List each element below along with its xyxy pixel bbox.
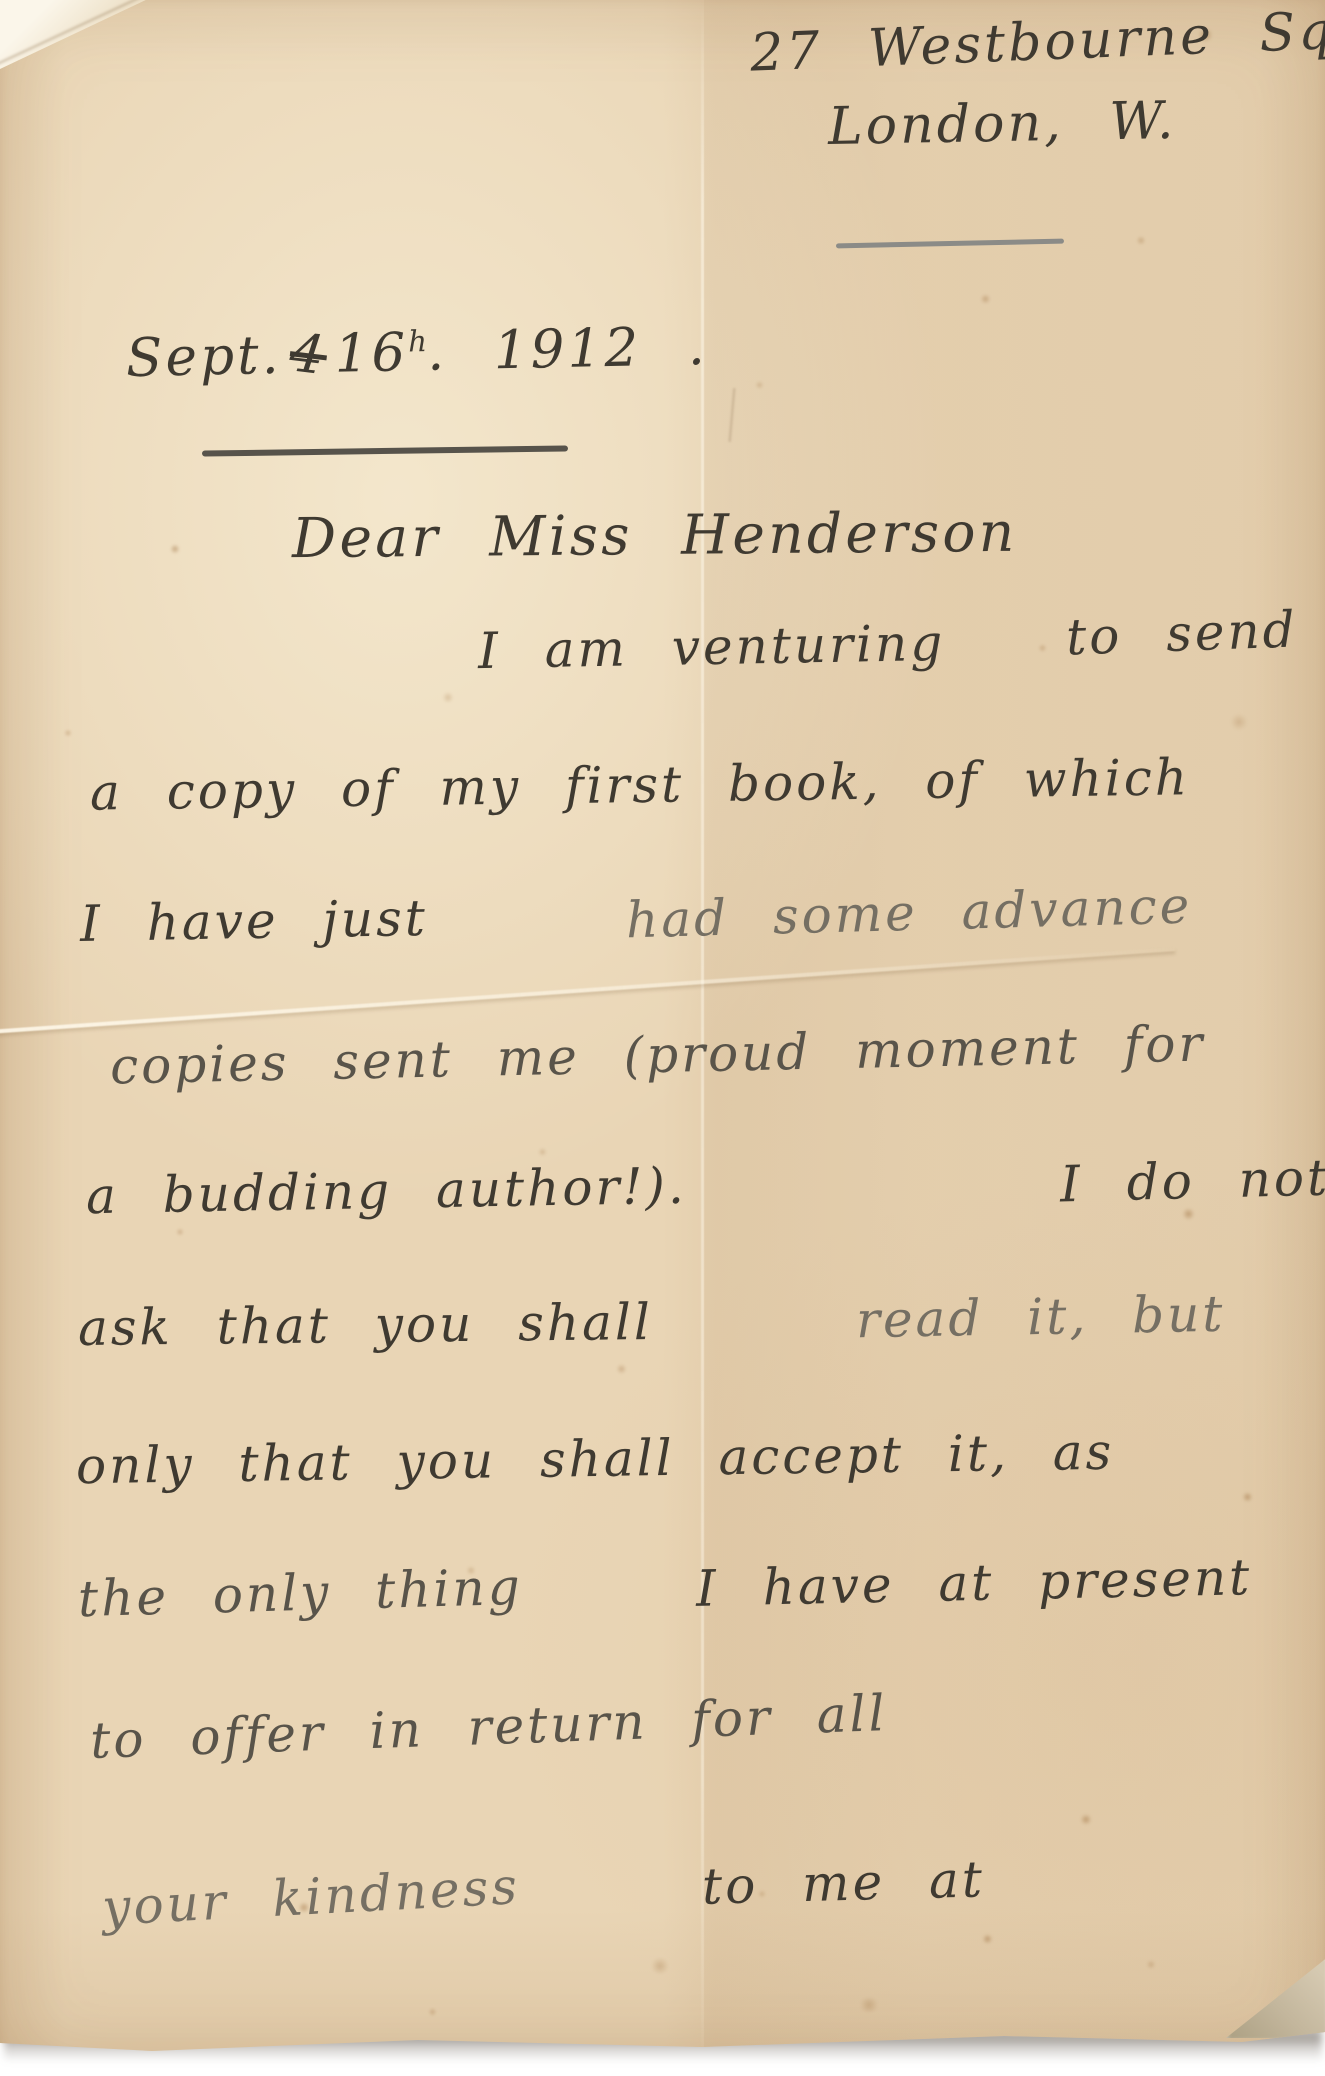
foxing-spot [1136, 236, 1146, 245]
date-dot: . [427, 321, 448, 382]
date-day: 16 [334, 322, 409, 385]
body-line-2: a copy of my first book, of which [90, 752, 1191, 817]
bent-corner-top-left [0, 0, 150, 70]
body-line-3-seg-2: had some advance [625, 881, 1192, 946]
foxing-spot [1230, 714, 1248, 730]
foxing-spot [650, 1958, 670, 1974]
date-ordinal: h [408, 324, 427, 358]
foxing-spot [980, 294, 991, 304]
body-line-8-seg-2: I have at present [696, 1552, 1253, 1614]
foxing-spot [428, 2008, 437, 2016]
foxing-spot [755, 381, 764, 389]
body-line-8-seg-1: the only thing [77, 1562, 523, 1624]
date-underline [202, 445, 568, 456]
body-line-10-seg-1: your kindness [101, 1861, 521, 1933]
body-line-1-seg-2: to send you [1065, 599, 1325, 662]
foxing-spot [858, 1998, 880, 2012]
foxing-spot [1038, 644, 1047, 652]
body-line-5-seg-2: I do not [1059, 1152, 1325, 1209]
scanned-letter-page: 27 Westbourne Sq. London, W. Sept.416h. … [0, 0, 1325, 2076]
body-line-1-seg-1: I am venturing [478, 618, 946, 676]
foxing-spot [982, 1934, 993, 1944]
date-struck-out-character: 4 [287, 326, 330, 383]
foxing-spot [442, 692, 454, 703]
body-line-3-seg-1: I have just [80, 893, 429, 949]
foxing-spot [64, 729, 72, 737]
body-line-7: only that you shall accept it, as [76, 1427, 1115, 1491]
body-line-10-seg-2: to me at [701, 1854, 985, 1911]
foxing-spot [1080, 1814, 1092, 1825]
body-line-6-seg-2: read it, but [856, 1289, 1226, 1345]
date-line: Sept.416h. 1912 . [126, 320, 709, 385]
address-line-2: London, W. [828, 95, 1177, 153]
foxing-spot [538, 1148, 547, 1156]
letter-paper: 27 Westbourne Sq. London, W. Sept.416h. … [0, 0, 1325, 2076]
body-line-6-seg-1: ask that you shall [78, 1297, 653, 1353]
foxing-spot [616, 1364, 627, 1374]
salutation: Dear Miss Henderson [292, 505, 1018, 566]
foxing-spot [170, 544, 180, 554]
foxing-spot [1146, 1960, 1156, 1969]
foxing-spot [1242, 1492, 1253, 1502]
date-year: 1912 [493, 317, 642, 381]
date-end-dot: . [687, 316, 708, 377]
foxing-spot [176, 1228, 184, 1236]
body-line-5-seg-1: a budding author!). [86, 1161, 688, 1221]
date-month: Sept. [125, 325, 282, 389]
